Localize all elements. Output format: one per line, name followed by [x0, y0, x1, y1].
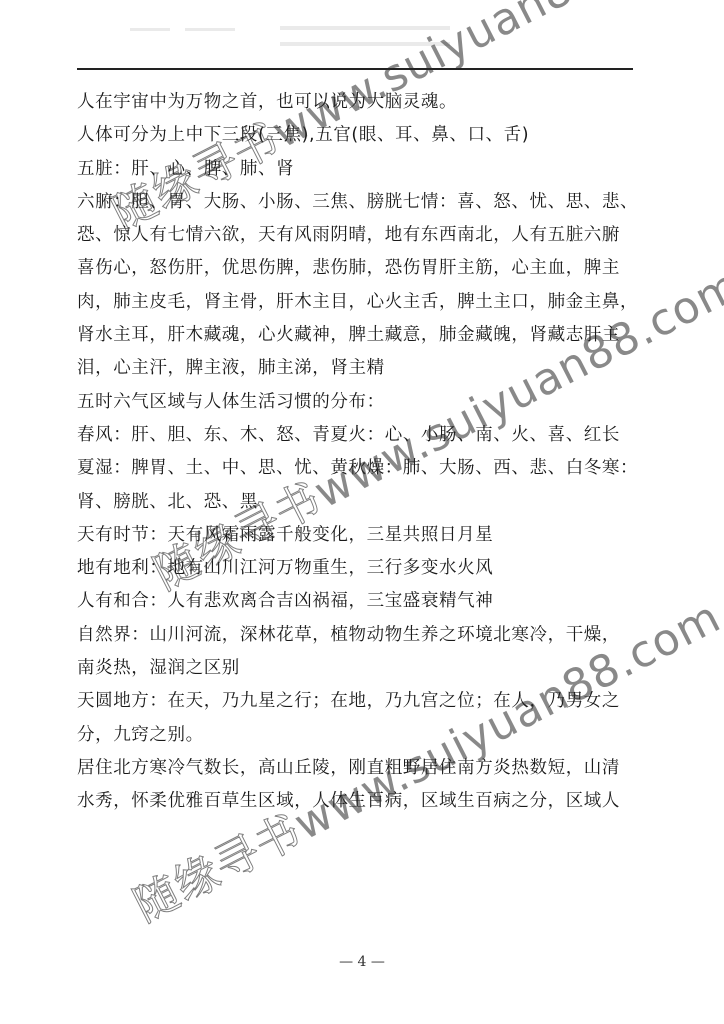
text-line: 春风：肝、胆、东、木、怒、青夏火：心、小肠、南、火、喜、红长 — [77, 419, 647, 452]
text-line: 五时六气区域与人体生活习惯的分布： — [77, 386, 647, 419]
text-line: 肉，肺主皮毛，肾主骨，肝木主目，心火主舌，脾土主口，肺金主鼻， — [77, 286, 647, 319]
text-line: 天有时节：天有风霜雨露千般变化，三星共照日月星 — [77, 519, 647, 552]
text-line: 人体可分为上中下三段(三焦),五官(眼、耳、鼻、口、舌) — [77, 119, 647, 152]
page-number: — 4 — — [0, 954, 724, 970]
text-line: 水秀，怀柔优雅百草生区域，人体生百病，区域生百病之分，区域人 — [77, 785, 647, 818]
text-line: 肾水主耳，肝木藏魂，心火藏神，脾土藏意，肺金藏魄，肾藏志肝主 — [77, 319, 647, 352]
text-line: 肾、膀胱、北、恐、黑 — [77, 486, 647, 519]
faded-header — [130, 20, 460, 50]
text-line: 天圆地方：在天，乃九星之行；在地，乃九宫之位；在人，乃男女之 — [77, 685, 647, 718]
document-body: 人在宇宙中为万物之首，也可以说为大脑灵魂。 人体可分为上中下三段(三焦),五官(… — [77, 86, 647, 819]
text-line: 南炎热，湿润之区别 — [77, 652, 647, 685]
text-line: 泪，心主汗，脾主液，肺主涕，肾主精 — [77, 352, 647, 385]
text-line: 人在宇宙中为万物之首，也可以说为大脑灵魂。 — [77, 86, 647, 119]
text-line: 喜伤心，怒伤肝，优思伤脾，悲伤肺，恐伤胃肝主筋，心主血，脾主 — [77, 252, 647, 285]
text-line: 五脏：肝、心、脾、肺、肾 — [77, 153, 647, 186]
text-line: 夏湿：脾胃、土、中、思、忧、黄秋燥：肺、大肠、西、悲、白冬寒： — [77, 452, 647, 485]
watermark-cn: 随缘寻书 — [126, 805, 310, 932]
text-line: 恐、惊人有七情六欲，天有风雨阴晴，地有东西南北，人有五脏六腑 — [77, 219, 647, 252]
header-rule — [77, 68, 633, 70]
text-line: 居住北方寒冷气数长，高山丘陵，刚直粗野居住南方炎热数短，山清 — [77, 752, 647, 785]
text-line: 地有地利：地有山川江河万物重生，三行多变水火风 — [77, 552, 647, 585]
text-line: 自然界：山川河流，深林花草，植物动物生养之环境北寒冷，干燥， — [77, 619, 647, 652]
text-line: 分，九窍之别。 — [77, 719, 647, 752]
text-line: 人有和合：人有悲欢离合吉凶祸福，三宝盛衰精气神 — [77, 585, 647, 618]
text-line: 六腑：胆、胃、大肠、小肠、三焦、膀胱七情：喜、怒、忧、思、悲、 — [77, 186, 647, 219]
